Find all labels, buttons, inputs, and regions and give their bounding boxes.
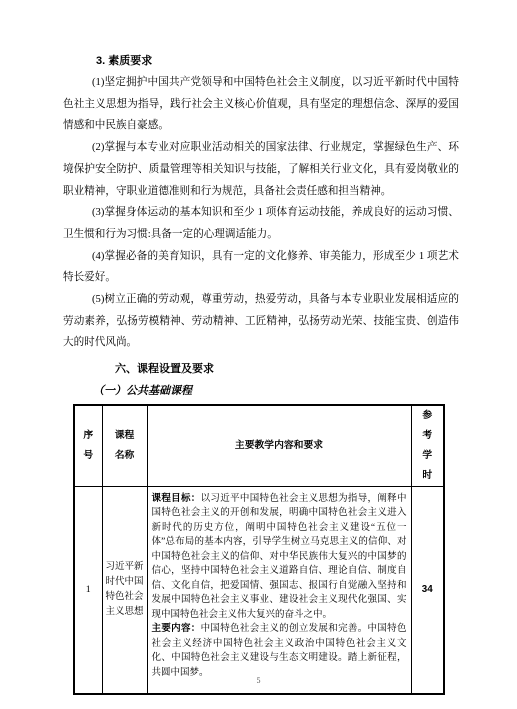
- cell-course-name: 习近平新时代中国特色社会主义思想: [102, 487, 147, 694]
- course-goal-label: 课程目标：: [152, 494, 201, 504]
- quality-paragraph-2: (2)掌握与本专业对应职业活动相关的国家法律、行业规定，掌握绿色生产、环境保护安…: [63, 137, 459, 202]
- quality-paragraph-1: (1)坚定拥护中国共产党领导和中国特色社会主义制度，以习近平新时代中国特色社主义…: [63, 72, 459, 137]
- courses-section-heading: 六、课程设置及要求: [63, 358, 459, 380]
- header-reference-hours: 参考学时: [411, 405, 444, 487]
- cell-reference-hours: 34: [411, 487, 444, 694]
- header-course-name: 课程名称: [102, 405, 147, 487]
- document-page: 3. 素质要求 (1)坚定拥护中国共产党领导和中国特色社会主义制度，以习近平新时…: [0, 0, 517, 709]
- course-goal-text: 以习近平中国特色社会主义思想为指导，阐释中国特色社会主义的开创和发展，明确中国特…: [152, 494, 407, 620]
- course-table-row: 1 习近平新时代中国特色社会主义思想 课程目标：以习近平中国特色社会主义思想为指…: [74, 487, 444, 694]
- course-table-header-row: 序号 课程名称 主要教学内容和要求 参考学时: [74, 405, 444, 487]
- page-number: 5: [0, 676, 517, 685]
- course-content-label: 主要内容：: [152, 624, 201, 634]
- document-content: 3. 素质要求 (1)坚定拥护中国共产党领导和中国特色社会主义制度，以习近平新时…: [63, 50, 459, 695]
- quality-paragraph-5: (5)树立正确的劳动观，尊重劳动，热爱劳动，具备与本专业职业发展相适应的劳动素养…: [63, 289, 459, 354]
- quality-paragraph-4: (4)掌握必备的美育知识，具有一定的文化修养、审美能力，形成至少 1 项艺术特长…: [63, 246, 459, 289]
- course-main-content: 主要内容：中国特色社会主义的创立发展和完善。中国特色社会主义经济中国特色社会主义…: [152, 622, 407, 680]
- header-index: 序号: [74, 405, 102, 487]
- header-main-content: 主要教学内容和要求: [147, 405, 411, 487]
- cell-index: 1: [74, 487, 102, 694]
- public-basic-courses-subheading: （一）公共基础课程: [63, 380, 459, 402]
- course-table: 序号 课程名称 主要教学内容和要求 参考学时 1 习近平新时代中国特色社会主义思…: [73, 404, 445, 695]
- quality-paragraph-3: (3)掌握身体运动的基本知识和至少 1 项体育运动技能，养成良好的运动习惯、卫生…: [63, 202, 459, 245]
- course-goal: 课程目标：以习近平中国特色社会主义思想为指导，阐释中国特色社会主义的开创和发展，…: [152, 492, 407, 623]
- quality-section-heading: 3. 素质要求: [63, 50, 459, 72]
- cell-main-content: 课程目标：以习近平中国特色社会主义思想为指导，阐释中国特色社会主义的开创和发展，…: [147, 487, 411, 694]
